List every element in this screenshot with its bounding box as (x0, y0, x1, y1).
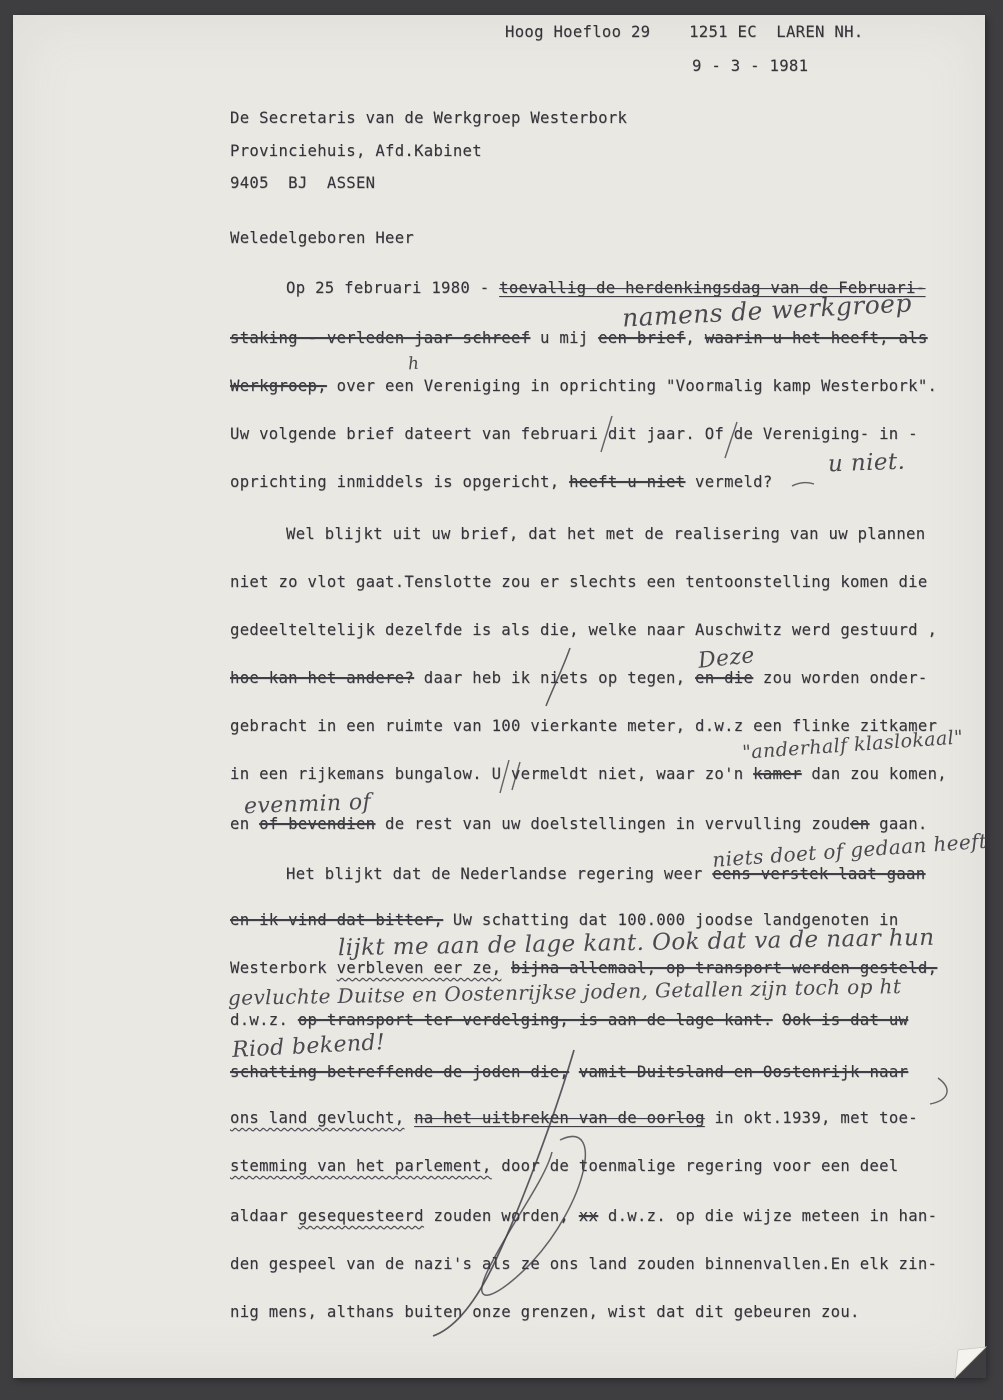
letter-line: Wel blijkt uit uw brief, dat het met de … (286, 526, 925, 544)
letter-line: in een rijkemans bungalow. U vermeldt ni… (230, 766, 947, 784)
typed-text: aldaar (230, 1207, 298, 1225)
recipient-line: Provinciehuis, Afd.Kabinet (230, 143, 482, 161)
typed-text-marked: Ook is dat uw (782, 1011, 908, 1029)
typed-text: gedeelteltelijk dezelfde is als die, wel… (230, 621, 937, 639)
typed-text (404, 1109, 414, 1127)
typed-text: d.w.z. op die wijze meteen in han- (598, 1207, 937, 1225)
letter-line: Werkgroep, over een Vereniging in oprich… (230, 378, 937, 396)
typed-text: Uw volgende brief dateert van februari d… (230, 425, 918, 443)
letter-line: Uw volgende brief dateert van februari d… (230, 426, 918, 444)
letter-line: den gespeel van de nazi's als ze ons lan… (230, 1256, 937, 1274)
handwritten-annotation: lijkt me aan de lage kant. Ook dat va de… (338, 925, 935, 961)
typed-text-marked: na het uitbreken van de oorlog (414, 1109, 705, 1127)
handwritten-annotation: evenmin of (244, 790, 372, 819)
letter-line: gedeelteltelijk dezelfde is als die, wel… (230, 622, 937, 640)
typed-text: zouden worden, (424, 1207, 579, 1225)
typed-text-marked: staking - verleden jaar schreef (230, 329, 530, 347)
typed-text-marked: en ik vind dat bitter, (230, 911, 443, 929)
typed-text-marked: ons land gevlucht, (230, 1109, 404, 1127)
typed-text (501, 959, 511, 977)
typed-text: oprichting inmiddels is opgericht, (230, 473, 569, 491)
typed-text: Wel blijkt uit uw brief, dat het met de … (286, 525, 925, 543)
typed-text-marked: xx (579, 1207, 598, 1225)
typed-text-marked: hoe kan het andere? (230, 669, 414, 687)
salutation: Weledelgeboren Heer (230, 230, 414, 248)
typed-text: u mij (530, 329, 598, 347)
letter-line: niet zo vlot gaat.Tenslotte zou er slech… (230, 574, 928, 592)
typed-text: gaan. (869, 815, 927, 833)
letter-line: ons land gevlucht, na het uitbreken van … (230, 1110, 918, 1128)
letter-line: gebracht in een ruimte van 100 vierkante… (230, 718, 937, 736)
typed-text (773, 1011, 783, 1029)
letter-line: aldaar gesequesteerd zouden worden, xx d… (230, 1208, 937, 1226)
typed-text-marked: en (850, 815, 869, 833)
handwritten-annotation: gevluchte Duitse en Oostenrijkse joden, … (228, 974, 902, 1010)
typed-text-marked: stemming van het parlement, (230, 1157, 492, 1175)
typed-text: den gespeel van de nazi's als ze ons lan… (230, 1255, 937, 1273)
typed-text-marked: kamer (753, 765, 801, 783)
typed-text-marked: Werkgroep, (230, 377, 327, 395)
letter-line: Het blijkt dat de Nederlandse regering w… (286, 866, 925, 884)
typed-text: daar heb ik niets op tegen, (414, 669, 695, 687)
typed-text: Het blijkt dat de Nederlandse regering w… (286, 865, 712, 883)
handwritten-annotation: Riod bekend! (231, 1030, 385, 1063)
handwritten-annotation: h (407, 354, 420, 375)
typed-text: Op 25 februari 1980 - (286, 279, 499, 297)
typed-text-marked: schatting betreffende de joden die, (230, 1063, 569, 1081)
letter-line: hoe kan het andere? daar heb ik niets op… (230, 670, 928, 688)
typed-text: niet zo vlot gaat.Tenslotte zou er slech… (230, 573, 928, 591)
typed-text: d.w.z. (230, 1011, 298, 1029)
typed-text: vermeld? (685, 473, 772, 491)
typed-text: door de toenmalige regering voor een dee… (492, 1157, 899, 1175)
typed-text: over een Vereniging in oprichting "Voorm… (327, 377, 937, 395)
typed-text-marked: vamit Duitsland en Oostenrijk naar (579, 1063, 908, 1081)
typed-text: nig mens, althans buiten onze grenzen, w… (230, 1303, 860, 1321)
typed-text: zou worden onder- (753, 669, 927, 687)
typed-text-marked: heeft u niet (569, 473, 685, 491)
typed-text: de rest van uw doelstellingen in vervull… (375, 815, 850, 833)
typed-text: Westerbork (230, 959, 337, 977)
letter-line: en of bevendien de rest van uw doelstell… (230, 816, 928, 834)
typed-text-marked: waarin u het heeft, als (705, 329, 928, 347)
typed-text: in okt.1939, met toe- (705, 1109, 918, 1127)
typed-text-marked: verbleven eer ze, (337, 959, 502, 977)
letter-line: oprichting inmiddels is opgericht, heeft… (230, 474, 773, 492)
typed-text: , (685, 329, 704, 347)
sender-address: Hoog Hoefloo 29 1251 EC LAREN NH. (505, 24, 863, 42)
typed-text: in een rijkemans bungalow. U vermeldt ni… (230, 765, 753, 783)
typed-text: dan zou komen, (802, 765, 947, 783)
typed-text-marked: gesequesteerd (298, 1207, 424, 1225)
letter-line: stemming van het parlement, door de toen… (230, 1158, 899, 1176)
letter-body-lines: Hoog Hoefloo 29 1251 EC LAREN NH. 9 - 3 … (0, 0, 1003, 1400)
typed-text-marked: op transport ter verdelging, is aan de l… (298, 1011, 773, 1029)
letter-line: schatting betreffende de joden die, vami… (230, 1064, 908, 1082)
letter-line: nig mens, althans buiten onze grenzen, w… (230, 1304, 860, 1322)
recipient-line: De Secretaris van de Werkgroep Westerbor… (230, 110, 627, 128)
typed-text: gebracht in een ruimte van 100 vierkante… (230, 717, 937, 735)
scanned-letter-page: Hoog Hoefloo 29 1251 EC LAREN NH. 9 - 3 … (0, 0, 1003, 1400)
handwritten-annotation: u niet. (828, 449, 906, 478)
letter-line: staking - verleden jaar schreef u mij ee… (230, 330, 928, 348)
letter-line: d.w.z. op transport ter verdelging, is a… (230, 1012, 908, 1030)
typed-text-marked: een brief (598, 329, 685, 347)
recipient-line: 9405 BJ ASSEN (230, 175, 375, 193)
letter-date: 9 - 3 - 1981 (692, 58, 808, 76)
typed-text (569, 1063, 579, 1081)
